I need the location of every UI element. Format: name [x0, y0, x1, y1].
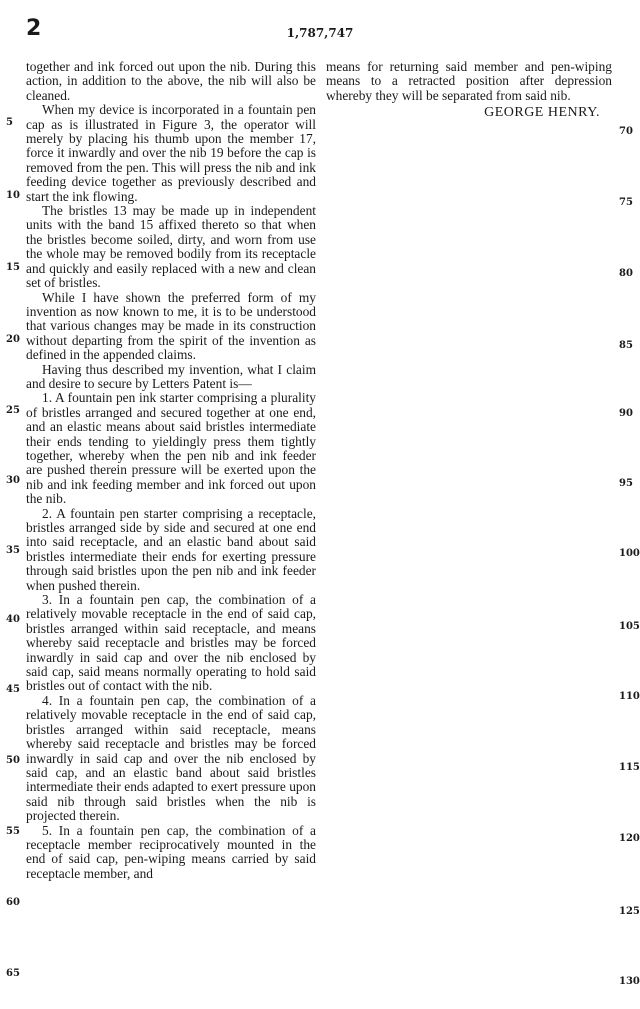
line-number: 105: [619, 621, 640, 632]
line-number: 120: [619, 833, 640, 844]
line-number: 65: [6, 968, 20, 979]
paragraph: means for returning said member and pen-…: [326, 60, 612, 103]
paragraph: together and ink forced out upon the nib…: [26, 60, 316, 103]
paragraph: The bristles 13 may be made up in indepe…: [26, 204, 316, 290]
line-number: 60: [6, 897, 20, 908]
line-number: 85: [619, 340, 633, 351]
signature: GEORGE HENRY.: [326, 106, 612, 120]
left-column: together and ink forced out upon the nib…: [26, 60, 316, 881]
line-number: 20: [6, 334, 20, 345]
paragraph: When my device is incorporated in a foun…: [26, 103, 316, 204]
line-number: 40: [6, 614, 20, 625]
line-number: 95: [619, 478, 633, 489]
line-number: 70: [619, 126, 633, 137]
claim-1: 1. A fountain pen ink starter comprising…: [26, 391, 316, 506]
line-number: 100: [619, 548, 640, 559]
line-number: 25: [6, 405, 20, 416]
right-column: means for returning said member and pen-…: [326, 60, 612, 121]
claim-5: 5. In a fountain pen cap, the combinatio…: [26, 824, 316, 882]
line-number: 130: [619, 976, 640, 987]
line-number: 15: [6, 262, 20, 273]
patent-number: 1,787,747: [0, 26, 640, 40]
claim-2: 2. A fountain pen starter comprising a r…: [26, 507, 316, 593]
claim-3: 3. In a fountain pen cap, the combinatio…: [26, 593, 316, 694]
line-number: 115: [619, 762, 640, 773]
line-number: 75: [619, 197, 633, 208]
line-number: 30: [6, 475, 20, 486]
line-number: 55: [6, 826, 20, 837]
line-number: 110: [619, 691, 640, 702]
line-number: 125: [619, 906, 640, 917]
claim-4: 4. In a fountain pen cap, the combinatio…: [26, 694, 316, 824]
line-number: 5: [6, 117, 13, 128]
line-number: 90: [619, 408, 633, 419]
line-number: 80: [619, 268, 633, 279]
line-number: 35: [6, 545, 20, 556]
line-number: 10: [6, 190, 20, 201]
paragraph: Having thus described my invention, what…: [26, 363, 316, 392]
paragraph: While I have shown the preferred form of…: [26, 291, 316, 363]
line-number: 50: [6, 755, 20, 766]
line-number: 45: [6, 684, 20, 695]
